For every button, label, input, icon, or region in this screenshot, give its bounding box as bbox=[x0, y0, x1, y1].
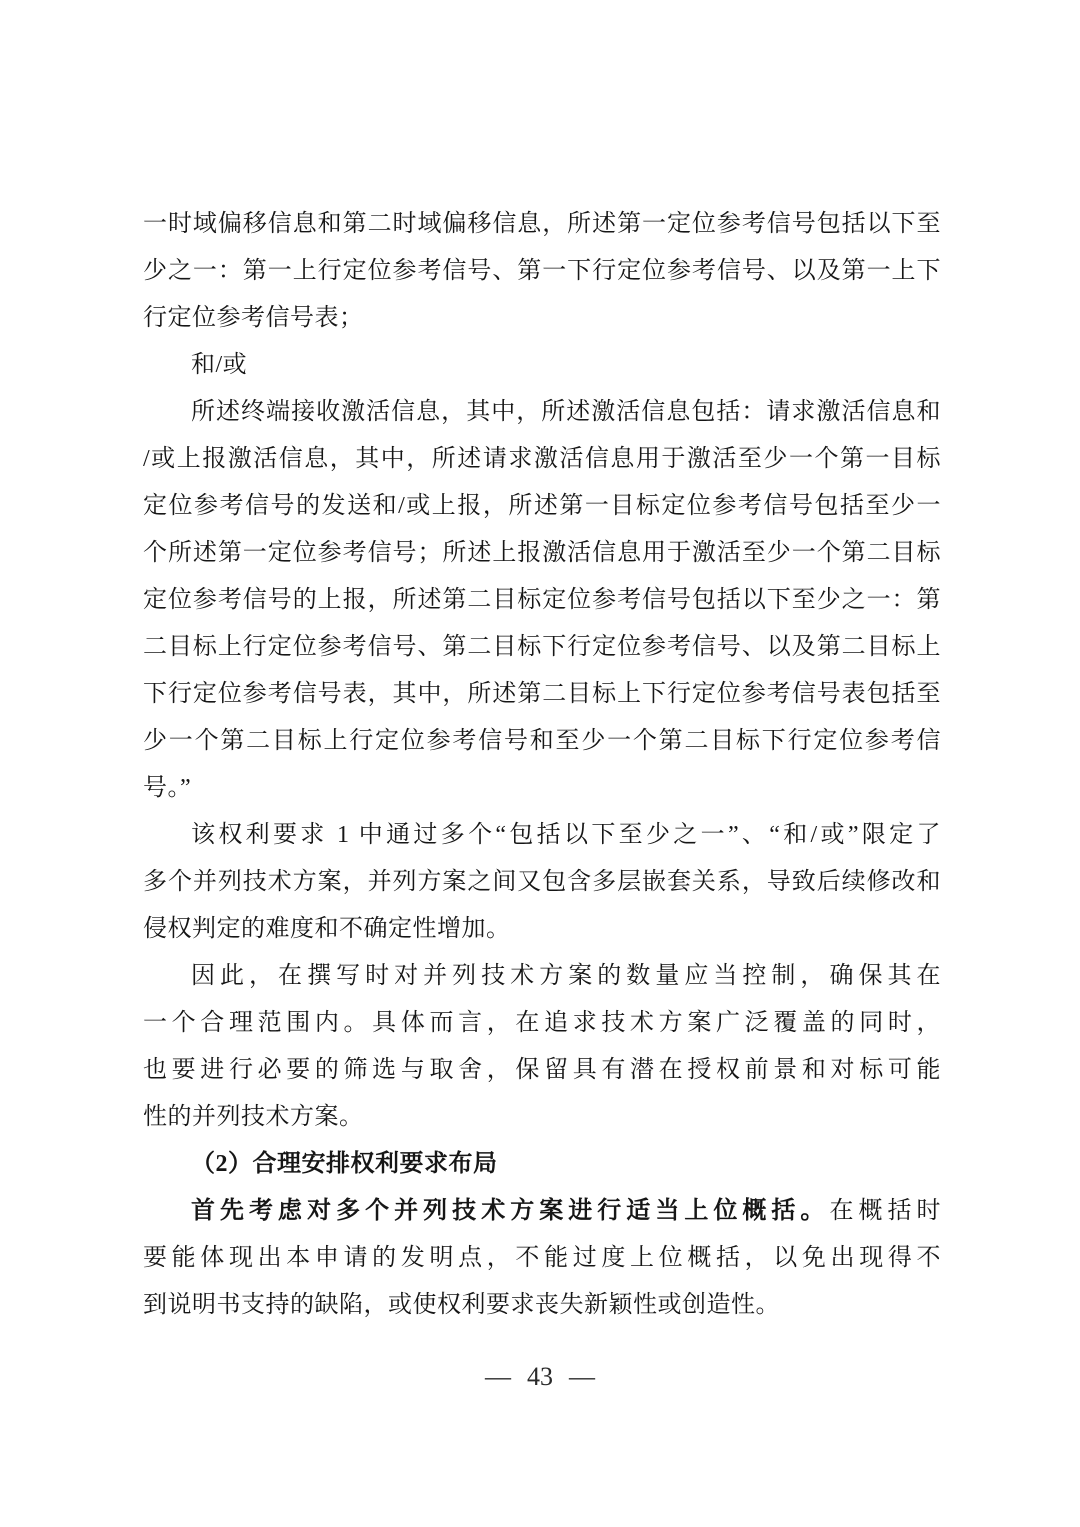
text-segment: 定位参考信号的发送和/或上报，所述第一目标定位参考信号包括至少一 bbox=[143, 493, 941, 519]
text-segment: 行定位参考信号表； bbox=[143, 305, 364, 331]
text-segment: 个所述第一定位参考信号；所述上报激活信息用于激活至少一个第二目标 bbox=[143, 540, 941, 566]
text-segment-bold: 首先考虑对多个并列技术方案进行适当上位概括。 bbox=[191, 1198, 829, 1224]
page-footer: — 43 — bbox=[0, 1362, 1080, 1392]
document-body: 一时域偏移信息和第二时域偏移信息，所述第一定位参考信号包括以下至少之一：第一上行… bbox=[143, 201, 941, 1329]
text-line: 首先考虑对多个并列技术方案进行适当上位概括。在概括时 bbox=[143, 1188, 941, 1235]
text-line: （2）合理安排权利要求布局 bbox=[143, 1141, 941, 1188]
text-line: 和/或 bbox=[143, 342, 941, 389]
text-line: 一个合理范围内。具体而言，在追求技术方案广泛覆盖的同时， bbox=[143, 1000, 941, 1047]
text-segment: /或上报激活信息，其中，所述请求激活信息用于激活至少一个第一目标 bbox=[143, 446, 941, 472]
text-segment: 二目标上行定位参考信号、第二目标下行定位参考信号、以及第二目标上 bbox=[143, 634, 941, 660]
text-line: 下行定位参考信号表，其中，所述第二目标上下行定位参考信号表包括至 bbox=[143, 671, 941, 718]
text-segment: 少之一：第一上行定位参考信号、第一下行定位参考信号、以及第一上下 bbox=[143, 258, 941, 284]
text-line: 少一个第二目标上行定位参考信号和至少一个第二目标下行定位参考信 bbox=[143, 718, 941, 765]
text-segment: 所述终端接收激活信息，其中，所述激活信息包括：请求激活信息和 bbox=[191, 399, 941, 425]
text-segment: 一个合理范围内。具体而言，在追求技术方案广泛覆盖的同时， bbox=[143, 1010, 941, 1036]
text-line: 二目标上行定位参考信号、第二目标下行定位参考信号、以及第二目标上 bbox=[143, 624, 941, 671]
text-segment: 在概括时 bbox=[829, 1198, 941, 1224]
document-page: 一时域偏移信息和第二时域偏移信息，所述第一定位参考信号包括以下至少之一：第一上行… bbox=[0, 0, 1080, 1527]
text-line: 定位参考信号的发送和/或上报，所述第一目标定位参考信号包括至少一 bbox=[143, 483, 941, 530]
text-segment: 侵权判定的难度和不确定性增加。 bbox=[143, 916, 511, 942]
text-segment: 少一个第二目标上行定位参考信号和至少一个第二目标下行定位参考信 bbox=[143, 728, 941, 754]
text-segment: 也要进行必要的筛选与取舍，保留具有潜在授权前景和对标可能 bbox=[143, 1057, 941, 1083]
text-line: 侵权判定的难度和不确定性增加。 bbox=[143, 906, 941, 953]
text-line: 到说明书支持的缺陷，或使权利要求丧失新颖性或创造性。 bbox=[143, 1282, 941, 1329]
text-line: 多个并列技术方案，并列方案之间又包含多层嵌套关系，导致后续修改和 bbox=[143, 859, 941, 906]
text-segment: 该权利要求 1 中通过多个“包括以下至少之一”、“和/或”限定了 bbox=[191, 822, 941, 848]
text-line: 该权利要求 1 中通过多个“包括以下至少之一”、“和/或”限定了 bbox=[143, 812, 941, 859]
text-segment: 号。” bbox=[143, 775, 191, 801]
text-segment: 性的并列技术方案。 bbox=[143, 1104, 364, 1130]
text-segment: 定位参考信号的上报，所述第二目标定位参考信号包括以下至少之一：第 bbox=[143, 587, 941, 613]
text-segment: 要能体现出本申请的发明点，不能过度上位概括，以免出现得不 bbox=[143, 1245, 941, 1271]
footer-dash-right: — bbox=[569, 1362, 595, 1392]
text-line: 要能体现出本申请的发明点，不能过度上位概括，以免出现得不 bbox=[143, 1235, 941, 1282]
text-segment-bold: （2）合理安排权利要求布局 bbox=[191, 1151, 498, 1177]
text-line: 少之一：第一上行定位参考信号、第一下行定位参考信号、以及第一上下 bbox=[143, 248, 941, 295]
text-segment: 一时域偏移信息和第二时域偏移信息，所述第一定位参考信号包括以下至 bbox=[143, 211, 941, 237]
text-line: 行定位参考信号表； bbox=[143, 295, 941, 342]
text-segment: 下行定位参考信号表，其中，所述第二目标上下行定位参考信号表包括至 bbox=[143, 681, 941, 707]
text-segment: 因此，在撰写时对并列技术方案的数量应当控制，确保其在 bbox=[191, 963, 941, 989]
page-number: 43 bbox=[527, 1362, 553, 1392]
text-line: 性的并列技术方案。 bbox=[143, 1094, 941, 1141]
text-segment: 和/或 bbox=[191, 352, 247, 378]
text-segment: 到说明书支持的缺陷，或使权利要求丧失新颖性或创造性。 bbox=[143, 1292, 780, 1318]
text-line: 个所述第一定位参考信号；所述上报激活信息用于激活至少一个第二目标 bbox=[143, 530, 941, 577]
text-segment: 多个并列技术方案，并列方案之间又包含多层嵌套关系，导致后续修改和 bbox=[143, 869, 941, 895]
text-line: 号。” bbox=[143, 765, 941, 812]
text-line: 所述终端接收激活信息，其中，所述激活信息包括：请求激活信息和 bbox=[143, 389, 941, 436]
text-line: 因此，在撰写时对并列技术方案的数量应当控制，确保其在 bbox=[143, 953, 941, 1000]
footer-dash-left: — bbox=[485, 1362, 511, 1392]
text-line: 也要进行必要的筛选与取舍，保留具有潜在授权前景和对标可能 bbox=[143, 1047, 941, 1094]
text-line: 一时域偏移信息和第二时域偏移信息，所述第一定位参考信号包括以下至 bbox=[143, 201, 941, 248]
text-line: /或上报激活信息，其中，所述请求激活信息用于激活至少一个第一目标 bbox=[143, 436, 941, 483]
text-line: 定位参考信号的上报，所述第二目标定位参考信号包括以下至少之一：第 bbox=[143, 577, 941, 624]
